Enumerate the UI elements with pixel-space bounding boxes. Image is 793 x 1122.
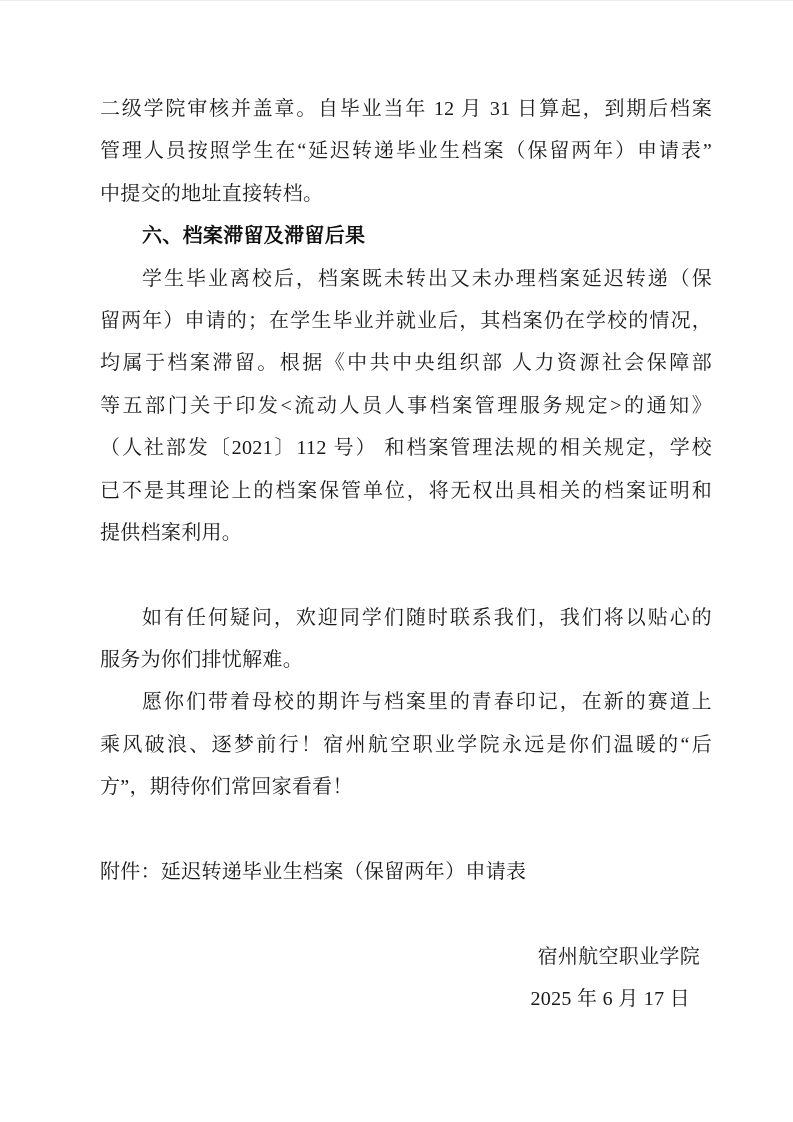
para-transfer-line-2: 管理人员按照学生在“延迟转递毕业生档案（保留两年）申请表” bbox=[100, 130, 712, 172]
document-body: 二级学院审核并盖章。自毕业当年 12 月 31 日算起，到期后档案 管理人员按照… bbox=[100, 88, 712, 1021]
para-transfer-line-1: 二级学院审核并盖章。自毕业当年 12 月 31 日算起，到期后档案 bbox=[100, 88, 712, 130]
signature-date: 2025 年 6 月 17 日 bbox=[100, 978, 712, 1020]
para-farewell-line-2: 乘风破浪、逐梦前行！宿州航空职业学院永远是你们温暖的“后 bbox=[100, 724, 712, 766]
para-retention-line-4: 等五部门关于印发<流动人员人事档案管理服务规定>的通知》 bbox=[100, 385, 712, 427]
document-page: 二级学院审核并盖章。自毕业当年 12 月 31 日算起，到期后档案 管理人员按照… bbox=[0, 0, 793, 1122]
attachment-note: 附件：延迟转递毕业生档案（保留两年）申请表 bbox=[100, 851, 712, 893]
para-contact-line-1: 如有任何疑问，欢迎同学们随时联系我们，我们将以贴心的 bbox=[100, 597, 712, 639]
para-transfer-line-3: 中提交的地址直接转档。 bbox=[100, 173, 712, 215]
blank-line bbox=[100, 893, 712, 935]
para-farewell-line-3: 方”，期待你们常回家看看！ bbox=[100, 766, 712, 808]
para-retention-line-2: 留两年）申请的；在学生毕业并就业后，其档案仍在学校的情况， bbox=[100, 300, 712, 342]
blank-line bbox=[100, 809, 712, 851]
blank-line bbox=[100, 554, 712, 596]
para-farewell-line-1: 愿你们带着母校的期许与档案里的青春印记，在新的赛道上 bbox=[100, 681, 712, 723]
para-retention-line-7: 提供档案利用。 bbox=[100, 512, 712, 554]
section-heading-retention: 六、档案滞留及滞留后果 bbox=[100, 215, 712, 257]
para-retention-line-6: 已不是其理论上的档案保管单位，将无权出具相关的档案证明和 bbox=[100, 470, 712, 512]
para-retention-line-3: 均属于档案滞留。根据《中共中央组织部 人力资源社会保障部 bbox=[100, 342, 712, 384]
signature-org: 宿州航空职业学院 bbox=[100, 936, 712, 978]
para-contact-line-2: 服务为你们排忧解难。 bbox=[100, 639, 712, 681]
para-retention-line-1: 学生毕业离校后，档案既未转出又未办理档案延迟转递（保 bbox=[100, 258, 712, 300]
para-retention-line-5: （人社部发〔2021〕112 号） 和档案管理法规的相关规定，学校 bbox=[100, 427, 712, 469]
